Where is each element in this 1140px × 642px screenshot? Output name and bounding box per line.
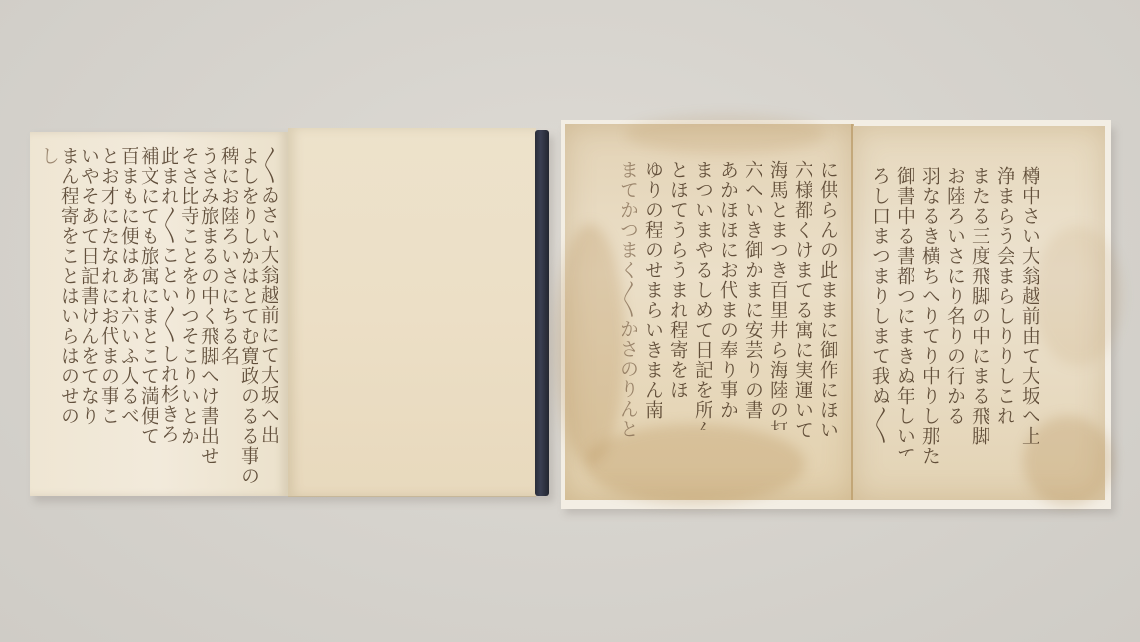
bound-book: 〳〵ゐさい大翁越前にて大坂へ出 よしをりしかはとてむ寛政のるる事の 稗にお陸ろい…: [30, 128, 549, 497]
handwritten-text-columns: に供らんの此ままに御作にほい進呈 六様都くけまてる寓に実運いて 海馬とまつき百里…: [612, 160, 837, 480]
manuscript-mount-board: に供らんの此ままに御作にほい進呈 六様都くけまてる寓に実運いて 海馬とまつき百里…: [561, 120, 1111, 509]
handwritten-text-columns: 〳〵ゐさい大翁越前にて大坂へ出 よしをりしかはとてむ寛政のるる事の 稗にお陸ろい…: [38, 146, 278, 486]
handwritten-text-columns: 樽中さい大翁越前由て大坂へ上 浄まらう会まらしりりしこれ またる三度飛脚の中にま…: [864, 166, 1039, 496]
book-right-page-blank: [288, 128, 536, 497]
manuscript-left-half: に供らんの此ままに御作にほい進呈 六様都くけまてる寓に実運いて 海馬とまつき百里…: [565, 124, 853, 500]
book-spine: [535, 130, 549, 496]
book-left-page-handwritten: 〳〵ゐさい大翁越前にて大坂へ出 よしをりしかはとてむ寛政のるる事の 稗にお陸ろい…: [30, 132, 288, 496]
manuscript-right-half: 樽中さい大翁越前由て大坂へ上 浄まらう会まらしりりしこれ またる三度飛脚の中にま…: [853, 126, 1105, 500]
